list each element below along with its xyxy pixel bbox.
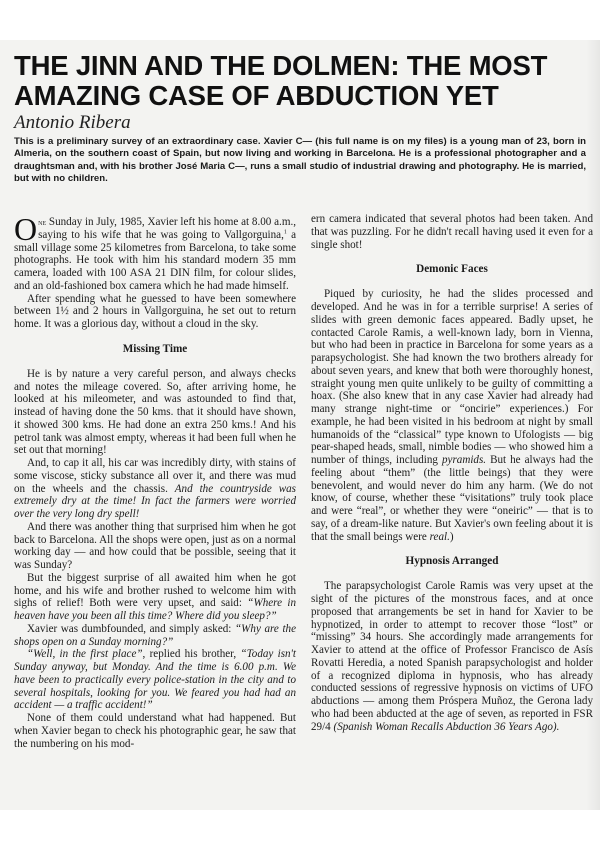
paragraph: But the biggest surprise of all awaited … <box>14 572 296 623</box>
paragraph: And, to cap it all, his car was incredib… <box>14 457 296 521</box>
drop-cap: O <box>14 217 37 241</box>
right-column: ern camera indicated that several photos… <box>311 213 593 733</box>
article-title: THE JINN AND THE DOLMEN: THE MOST AMAZIN… <box>14 51 589 111</box>
left-column: One Sunday in July, 1985, Xavier left hi… <box>14 216 296 750</box>
paragraph: None of them could understand what had h… <box>14 712 296 750</box>
paragraph: ern camera indicated that several photos… <box>311 213 593 251</box>
paragraph: The parapsychologist Carole Ramis was ve… <box>311 580 593 733</box>
opening-paragraph: One Sunday in July, 1985, Xavier left hi… <box>14 216 296 293</box>
paragraph: Xavier was dumbfounded, and simply asked… <box>14 623 296 649</box>
paragraph: After spending what he guessed to have b… <box>14 293 296 331</box>
paragraph: Piqued by curiosity, he had the slides p… <box>311 288 593 543</box>
magazine-page: THE JINN AND THE DOLMEN: THE MOST AMAZIN… <box>0 40 600 810</box>
paragraph: And there was another thing that surpris… <box>14 521 296 572</box>
section-heading-demonic-faces: Demonic Faces <box>311 263 593 276</box>
article-author: Antonio Ribera <box>14 113 131 133</box>
paragraph: “Well, in the first place”, replied his … <box>14 648 296 712</box>
section-heading-missing-time: Missing Time <box>14 343 296 356</box>
article-intro: This is a preliminary survey of an extra… <box>14 136 586 185</box>
section-heading-hypnosis-arranged: Hypnosis Arranged <box>311 555 593 568</box>
paragraph: He is by nature a very careful person, a… <box>14 368 296 457</box>
